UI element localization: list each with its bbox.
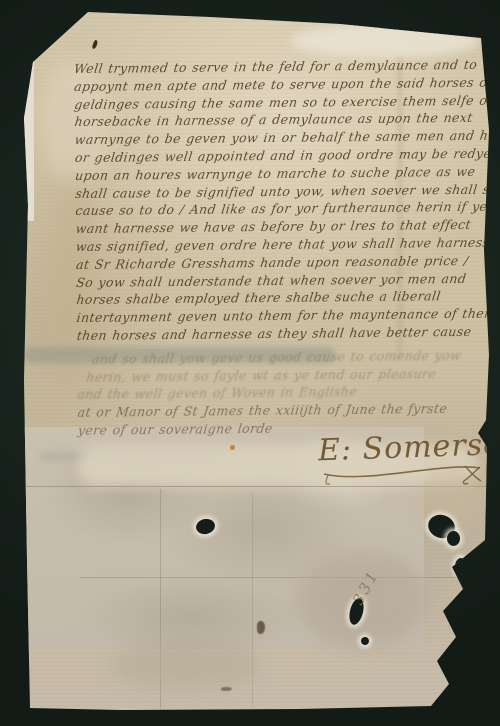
worm-hole (455, 558, 467, 575)
ink-fleck (92, 40, 99, 50)
rust-spot (230, 445, 235, 450)
letter-body: Well trymmed to serve in the feld for a … (74, 55, 500, 439)
ink-fleck (221, 687, 232, 691)
manuscript-line: then horses and harnesse as they shall h… (76, 322, 500, 344)
frayed-top-edge-stain (290, 24, 480, 58)
manuscript-page: Well trymmed to serve in the feld for a … (0, 0, 500, 726)
worm-hole (361, 637, 369, 645)
worm-hole (447, 531, 460, 546)
white-backing-patch (0, 0, 34, 221)
photo-mount: Well trymmed to serve in the feld for a … (0, 0, 500, 726)
signature-flourish (322, 458, 492, 488)
dark-bottom-stain (110, 640, 260, 690)
tan-paper-strip (0, 221, 23, 427)
